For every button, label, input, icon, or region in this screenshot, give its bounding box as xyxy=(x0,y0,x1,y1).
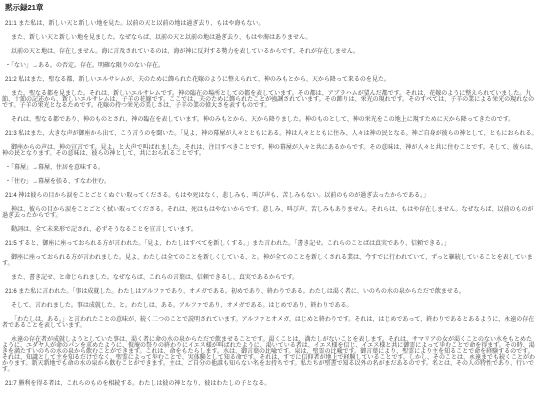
word-note: ・「幕屋」→幕屋、住居を意味する。 xyxy=(2,165,538,171)
commentary-text: また、新しい天と新しい地を見ました。なぜならば、以前の天と以前の地は過ぎ去り、も… xyxy=(2,35,538,41)
page-title: 黙示録21章 xyxy=(5,4,538,12)
word-note: ・「住む」→幕屋を張る、すなわ住む。 xyxy=(2,179,538,185)
verse-21-7: 21:7 勝利を得る者は、これらのものを相続する。わたしは彼の神となり、彼はわた… xyxy=(2,381,538,387)
commentary-text: それは、聖なる都であり、神のものとされ、神の臨在を表しています。神のみもとから、… xyxy=(2,117,538,123)
verse-21-3: 21:3 私はまた、大きな声が御座から出て、こう言うのを聞いた。「見よ、神の幕屋… xyxy=(2,131,538,137)
verse-21-5: 21:5 すると、御座に座っておられる方が言われた。「見よ、わたしはすべてを新し… xyxy=(2,241,538,247)
document-page: 黙示録21章 21:1 また私は、新しい天と新しい地を見た。以前の天と以前の地は… xyxy=(0,0,540,387)
commentary-text: 以前の天と地は、存在しません。海に言及されているのは、海が神に反対する勢力を表し… xyxy=(2,49,538,55)
word-note: ・「ない」→ある。の否定。存在。明確な限りのない存在。 xyxy=(2,63,538,69)
commentary-text: 御座に座っておられる方が言われました。見よ、わたしは全てのことを新しくしている、… xyxy=(2,255,538,267)
verse-21-2: 21:2 私はまた、聖なる都、新しいエルサレムが、夫のために飾られた花嫁のように… xyxy=(2,77,538,83)
verse-21-6: 21:6 また私に言われた。「事は成就した。わたしはアルファであり、オメガである… xyxy=(2,289,538,295)
commentary-text: 神は、彼らの目から涙をことごとく拭い取ってくださる。それは、死はもはやないからで… xyxy=(2,207,538,219)
verse-21-4: 21:4 神は彼らの目から涙をことごとくぬぐい取ってくださる。もはや死はなく、悲… xyxy=(2,193,538,199)
commentary-text: また、書き記せ、と命じられました。なぜならば、これらの言葉は、信頼できるし、真実… xyxy=(2,275,538,281)
commentary-text: 御座からの声は、神の宣言です。見よ、と大声で叫ばれました。それは、注目すべきこと… xyxy=(2,145,538,157)
commentary-text: 動詞は、全て未来形で記され、必ずそうなることを宣言しています。 xyxy=(2,227,538,233)
verse-21-1: 21:1 また私は、新しい天と新しい地を見た。以前の天と以前の地は過ぎ去り、もは… xyxy=(2,21,538,27)
commentary-text: そして、言われました。事は成就した、と。わたしは、ある。アルファであり、オメガで… xyxy=(2,303,538,309)
commentary-text: 永遠の存在者が成就しようとしていた事は、渇く者に命の水の泉からただで飲ませること… xyxy=(2,337,538,373)
commentary-text: 「わたしは、ある。」と言われたことの意味が、続く二つのことで説明されています。ア… xyxy=(2,317,538,329)
commentary-text: また、聖なる都を見ました。それは、新しいエルサレムです。神の臨在の場所としての都… xyxy=(2,91,538,109)
